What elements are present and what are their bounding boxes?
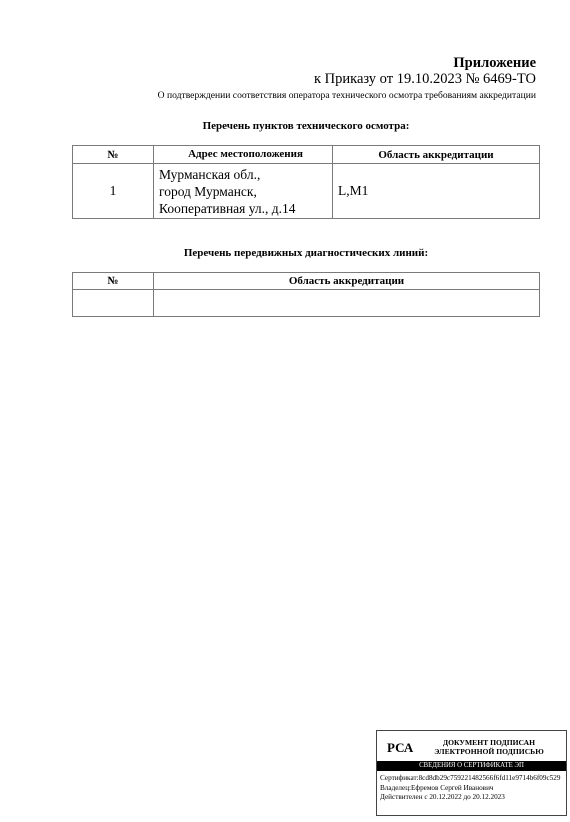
row-address: Мурманская обл., город Мурманск, Коопера… <box>154 164 333 219</box>
order-subject: О подтверждении соответствия оператора т… <box>158 90 536 101</box>
table-row <box>73 290 540 317</box>
mobile-lines-title: Перечень передвижных диагностических лин… <box>0 247 570 259</box>
certificate-owner: Владелец:Ефремов Сергей Иванович <box>380 784 560 794</box>
column-header-number: № <box>73 146 154 164</box>
certificate-info-bar: СВЕДЕНИЯ О СЕРТИФИКАТЕ ЭП <box>377 761 566 771</box>
appendix-title: Приложение <box>453 55 536 72</box>
table-header-row: № Адрес местоположения Область аккредита… <box>73 146 540 164</box>
row-accreditation-area: L,M1 <box>333 164 540 219</box>
inspection-points-title: Перечень пунктов технического осмотра: <box>0 120 570 132</box>
row-number: 1 <box>73 164 154 219</box>
column-header-accreditation-area: Область аккредитации <box>333 146 540 164</box>
row-accreditation-area <box>154 290 540 317</box>
table-header-row: № Область аккредитации <box>73 273 540 290</box>
address-line: Кооперативная ул., д.14 <box>159 200 332 217</box>
column-header-address: Адрес местоположения <box>154 146 333 164</box>
rsa-logo: РСА <box>387 740 413 756</box>
address-line: город Мурманск, <box>159 183 332 200</box>
table-row: 1 Мурманская обл., город Мурманск, Коопе… <box>73 164 540 219</box>
row-number <box>73 290 154 317</box>
column-header-accreditation-area: Область аккредитации <box>154 273 540 290</box>
stamp-heading-line: ДОКУМЕНТ ПОДПИСАН <box>419 738 559 747</box>
certificate-validity: Действителен с 20.12.2022 до 20.12.2023 <box>380 793 560 803</box>
certificate-serial: Сертификат:8cd8db29c759221482566f6fd11e9… <box>380 774 560 784</box>
stamp-heading-line: ЭЛЕКТРОННОЙ ПОДПИСЬЮ <box>419 747 559 756</box>
column-header-number: № <box>73 273 154 290</box>
stamp-heading: ДОКУМЕНТ ПОДПИСАН ЭЛЕКТРОННОЙ ПОДПИСЬЮ <box>419 738 559 756</box>
inspection-points-table: № Адрес местоположения Область аккредита… <box>72 145 540 219</box>
mobile-lines-table: № Область аккредитации <box>72 272 540 317</box>
electronic-signature-stamp: РСА ДОКУМЕНТ ПОДПИСАН ЭЛЕКТРОННОЙ ПОДПИС… <box>376 730 567 816</box>
certificate-details: Сертификат:8cd8db29c759221482566f6fd11e9… <box>380 774 560 803</box>
order-reference: к Приказу от 19.10.2023 № 6469-ТО <box>314 71 536 88</box>
address-line: Мурманская обл., <box>159 166 332 183</box>
